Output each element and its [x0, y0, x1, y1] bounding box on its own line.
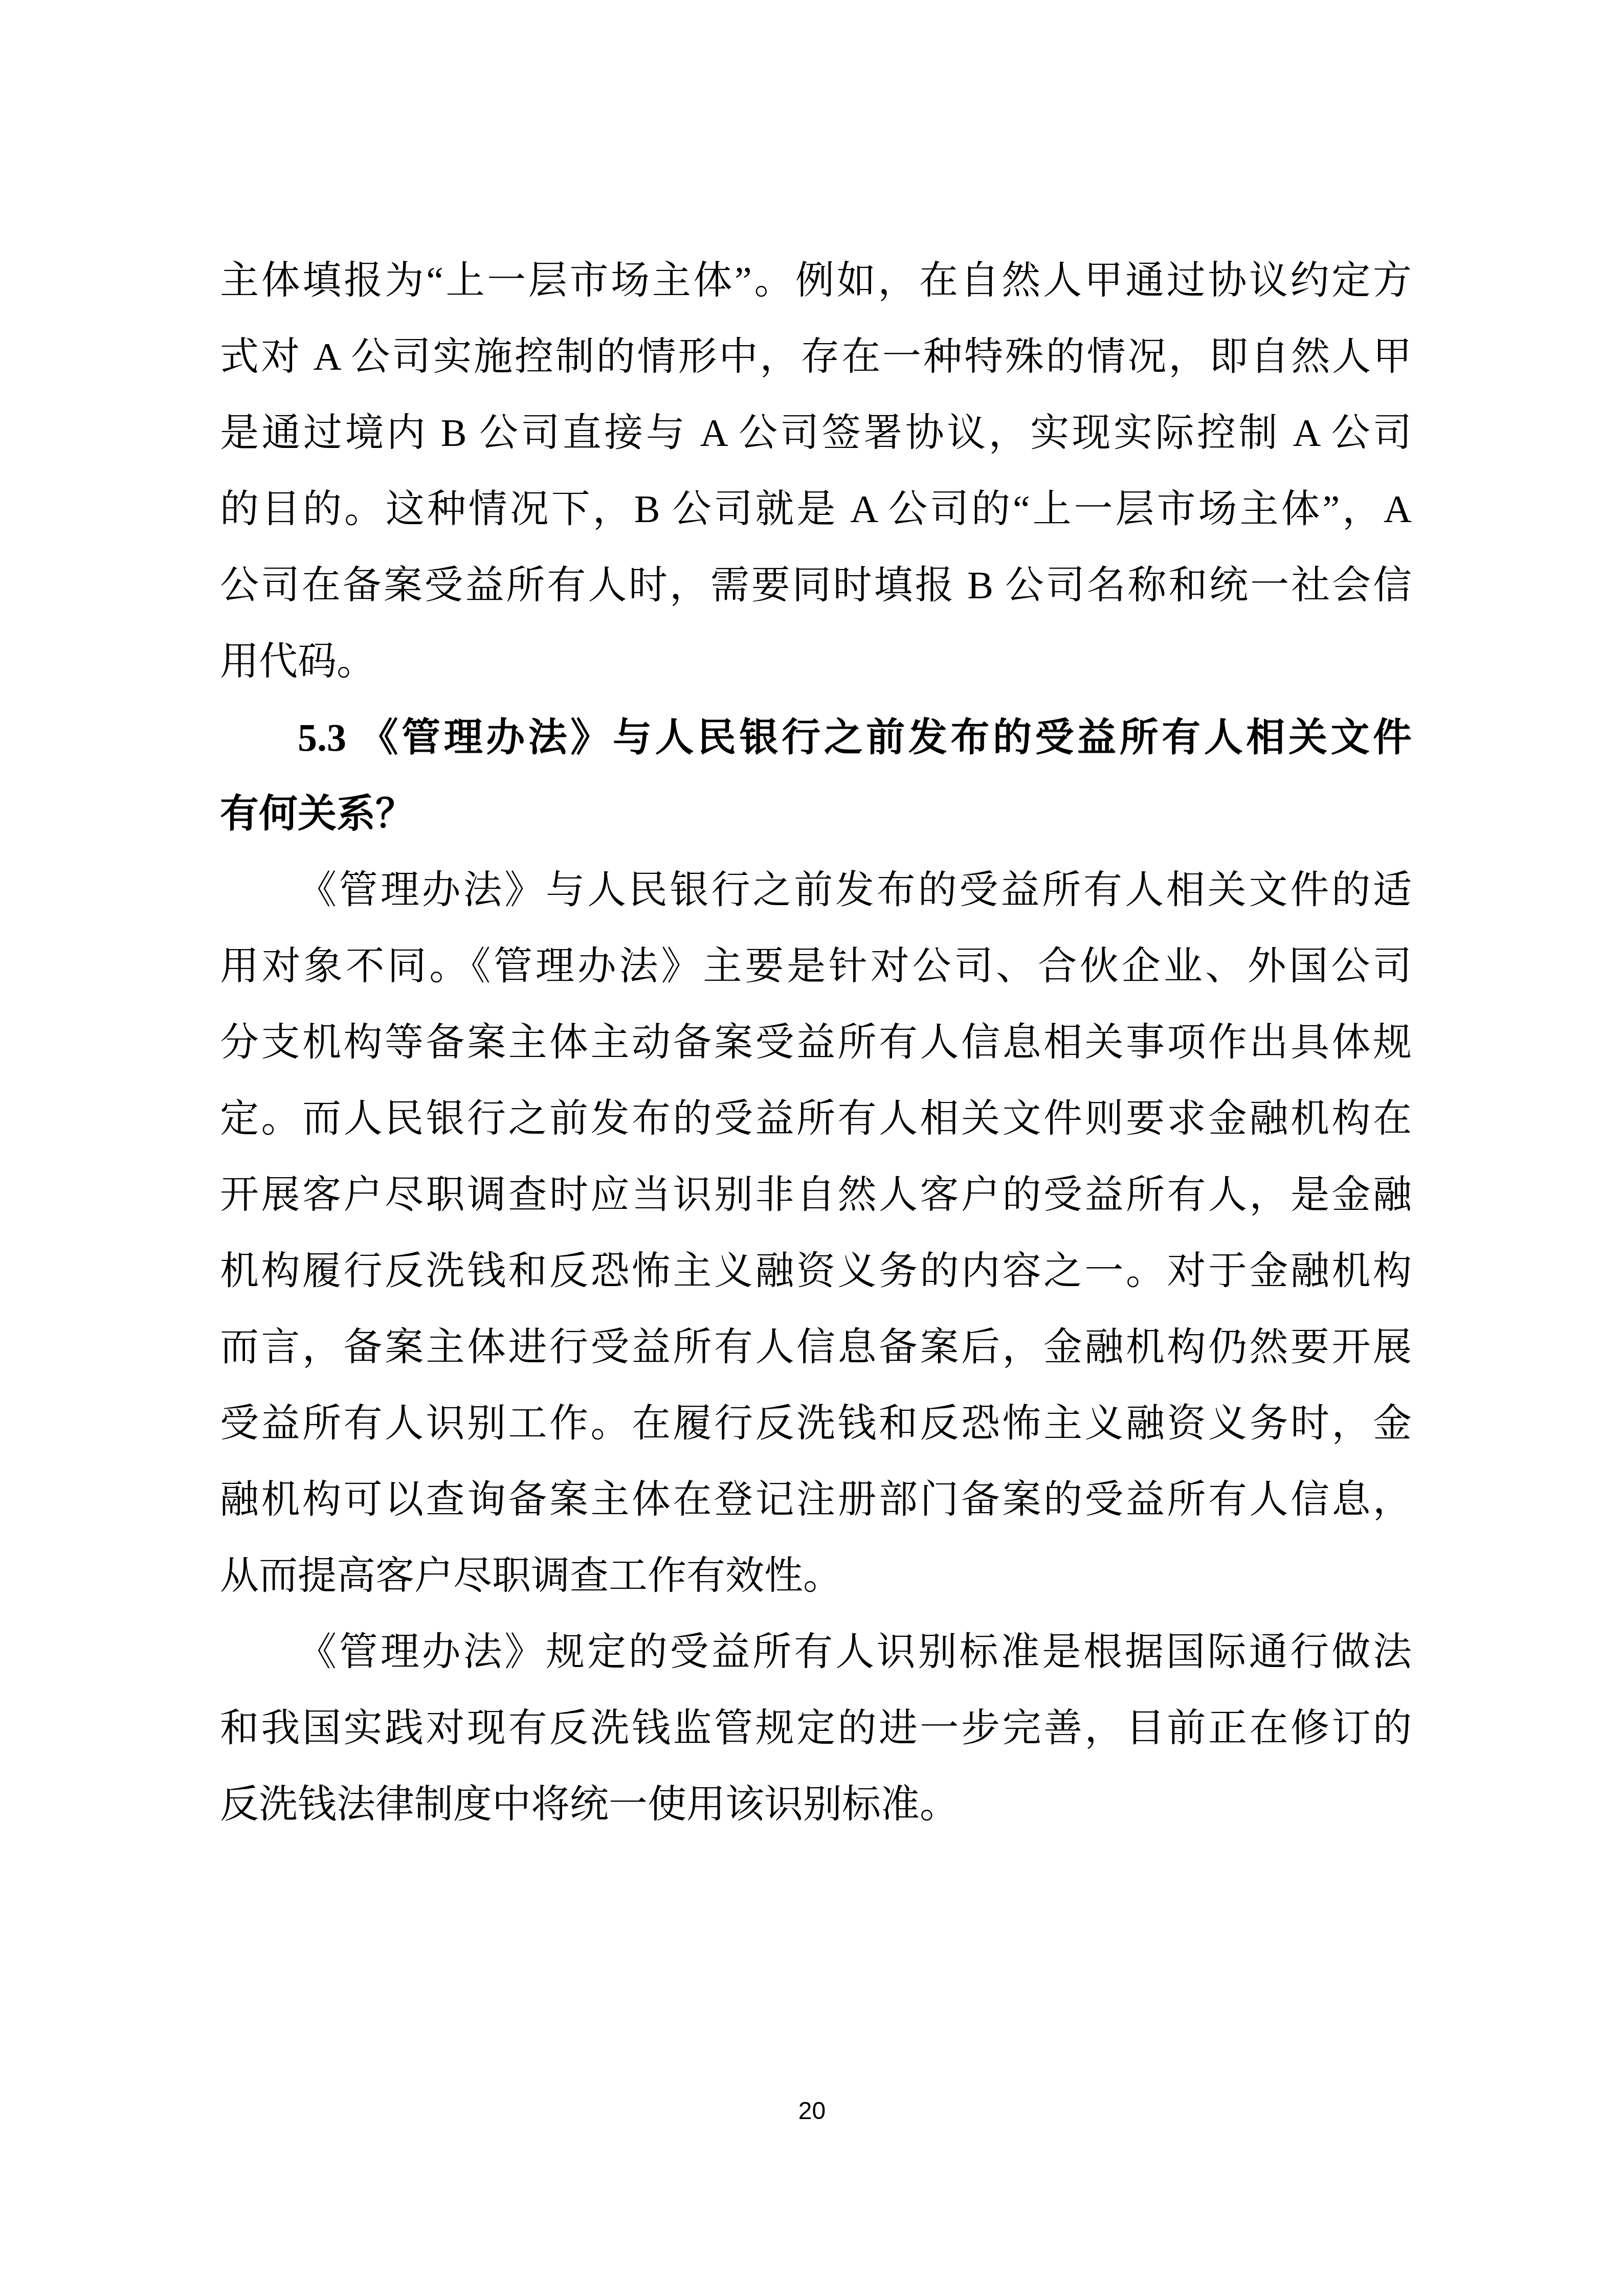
body-text-line: 用代码。: [220, 624, 1412, 700]
body-text-line: 用对象不同。《管理办法》主要是针对公司、合伙企业、外国公司: [220, 929, 1412, 1005]
body-text-line: 式对 A 公司实施控制的情形中，存在一种特殊的情况，即自然人甲: [220, 319, 1412, 395]
body-text-line: 开展客户尽职调查时应当识别非自然人客户的受益所有人，是金融: [220, 1157, 1412, 1233]
body-text-line: 反洗钱法律制度中将统一使用该识别标准。: [220, 1767, 1412, 1843]
body-text-line: 《管理办法》规定的受益所有人识别标准是根据国际通行做法: [220, 1614, 1412, 1691]
body-text-line: 《管理办法》与人民银行之前发布的受益所有人相关文件的适: [220, 852, 1412, 929]
document-page: 主体填报为“上一层市场主体”。例如，在自然人甲通过协议约定方式对 A 公司实施控…: [0, 0, 1624, 2296]
body-text-line: 的目的。这种情况下，B 公司就是 A 公司的“上一层市场主体”，A: [220, 471, 1412, 548]
body-text-line: 受益所有人识别工作。在履行反洗钱和反恐怖主义融资义务时，金: [220, 1386, 1412, 1462]
body-text-line: 从而提高客户尽职调查工作有效性。: [220, 1538, 1412, 1614]
heading-line: 5.3 《管理办法》与人民银行之前发布的受益所有人相关文件: [220, 700, 1412, 776]
body-text-line: 主体填报为“上一层市场主体”。例如，在自然人甲通过协议约定方: [220, 243, 1412, 319]
body-text-line: 和我国实践对现有反洗钱监管规定的进一步完善，目前正在修订的: [220, 1691, 1412, 1767]
body-text-line: 机构履行反洗钱和反恐怖主义融资义务的内容之一。对于金融机构: [220, 1233, 1412, 1310]
text-body: 主体填报为“上一层市场主体”。例如，在自然人甲通过协议约定方式对 A 公司实施控…: [220, 243, 1412, 1843]
body-text-line: 公司在备案受益所有人时，需要同时填报 B 公司名称和统一社会信: [220, 548, 1412, 624]
body-text-line: 是通过境内 B 公司直接与 A 公司签署协议，实现实际控制 A 公司: [220, 395, 1412, 471]
body-text-line: 定。而人民银行之前发布的受益所有人相关文件则要求金融机构在: [220, 1081, 1412, 1157]
body-text-line: 分支机构等备案主体主动备案受益所有人信息相关事项作出具体规: [220, 1005, 1412, 1081]
body-text-line: 而言，备案主体进行受益所有人信息备案后，金融机构仍然要开展: [220, 1310, 1412, 1386]
heading-line: 有何关系？: [220, 776, 1412, 852]
page-footer: 20: [0, 2097, 1624, 2126]
page-number: 20: [798, 2098, 826, 2125]
body-text-line: 融机构可以查询备案主体在登记注册部门备案的受益所有人信息，: [220, 1462, 1412, 1538]
